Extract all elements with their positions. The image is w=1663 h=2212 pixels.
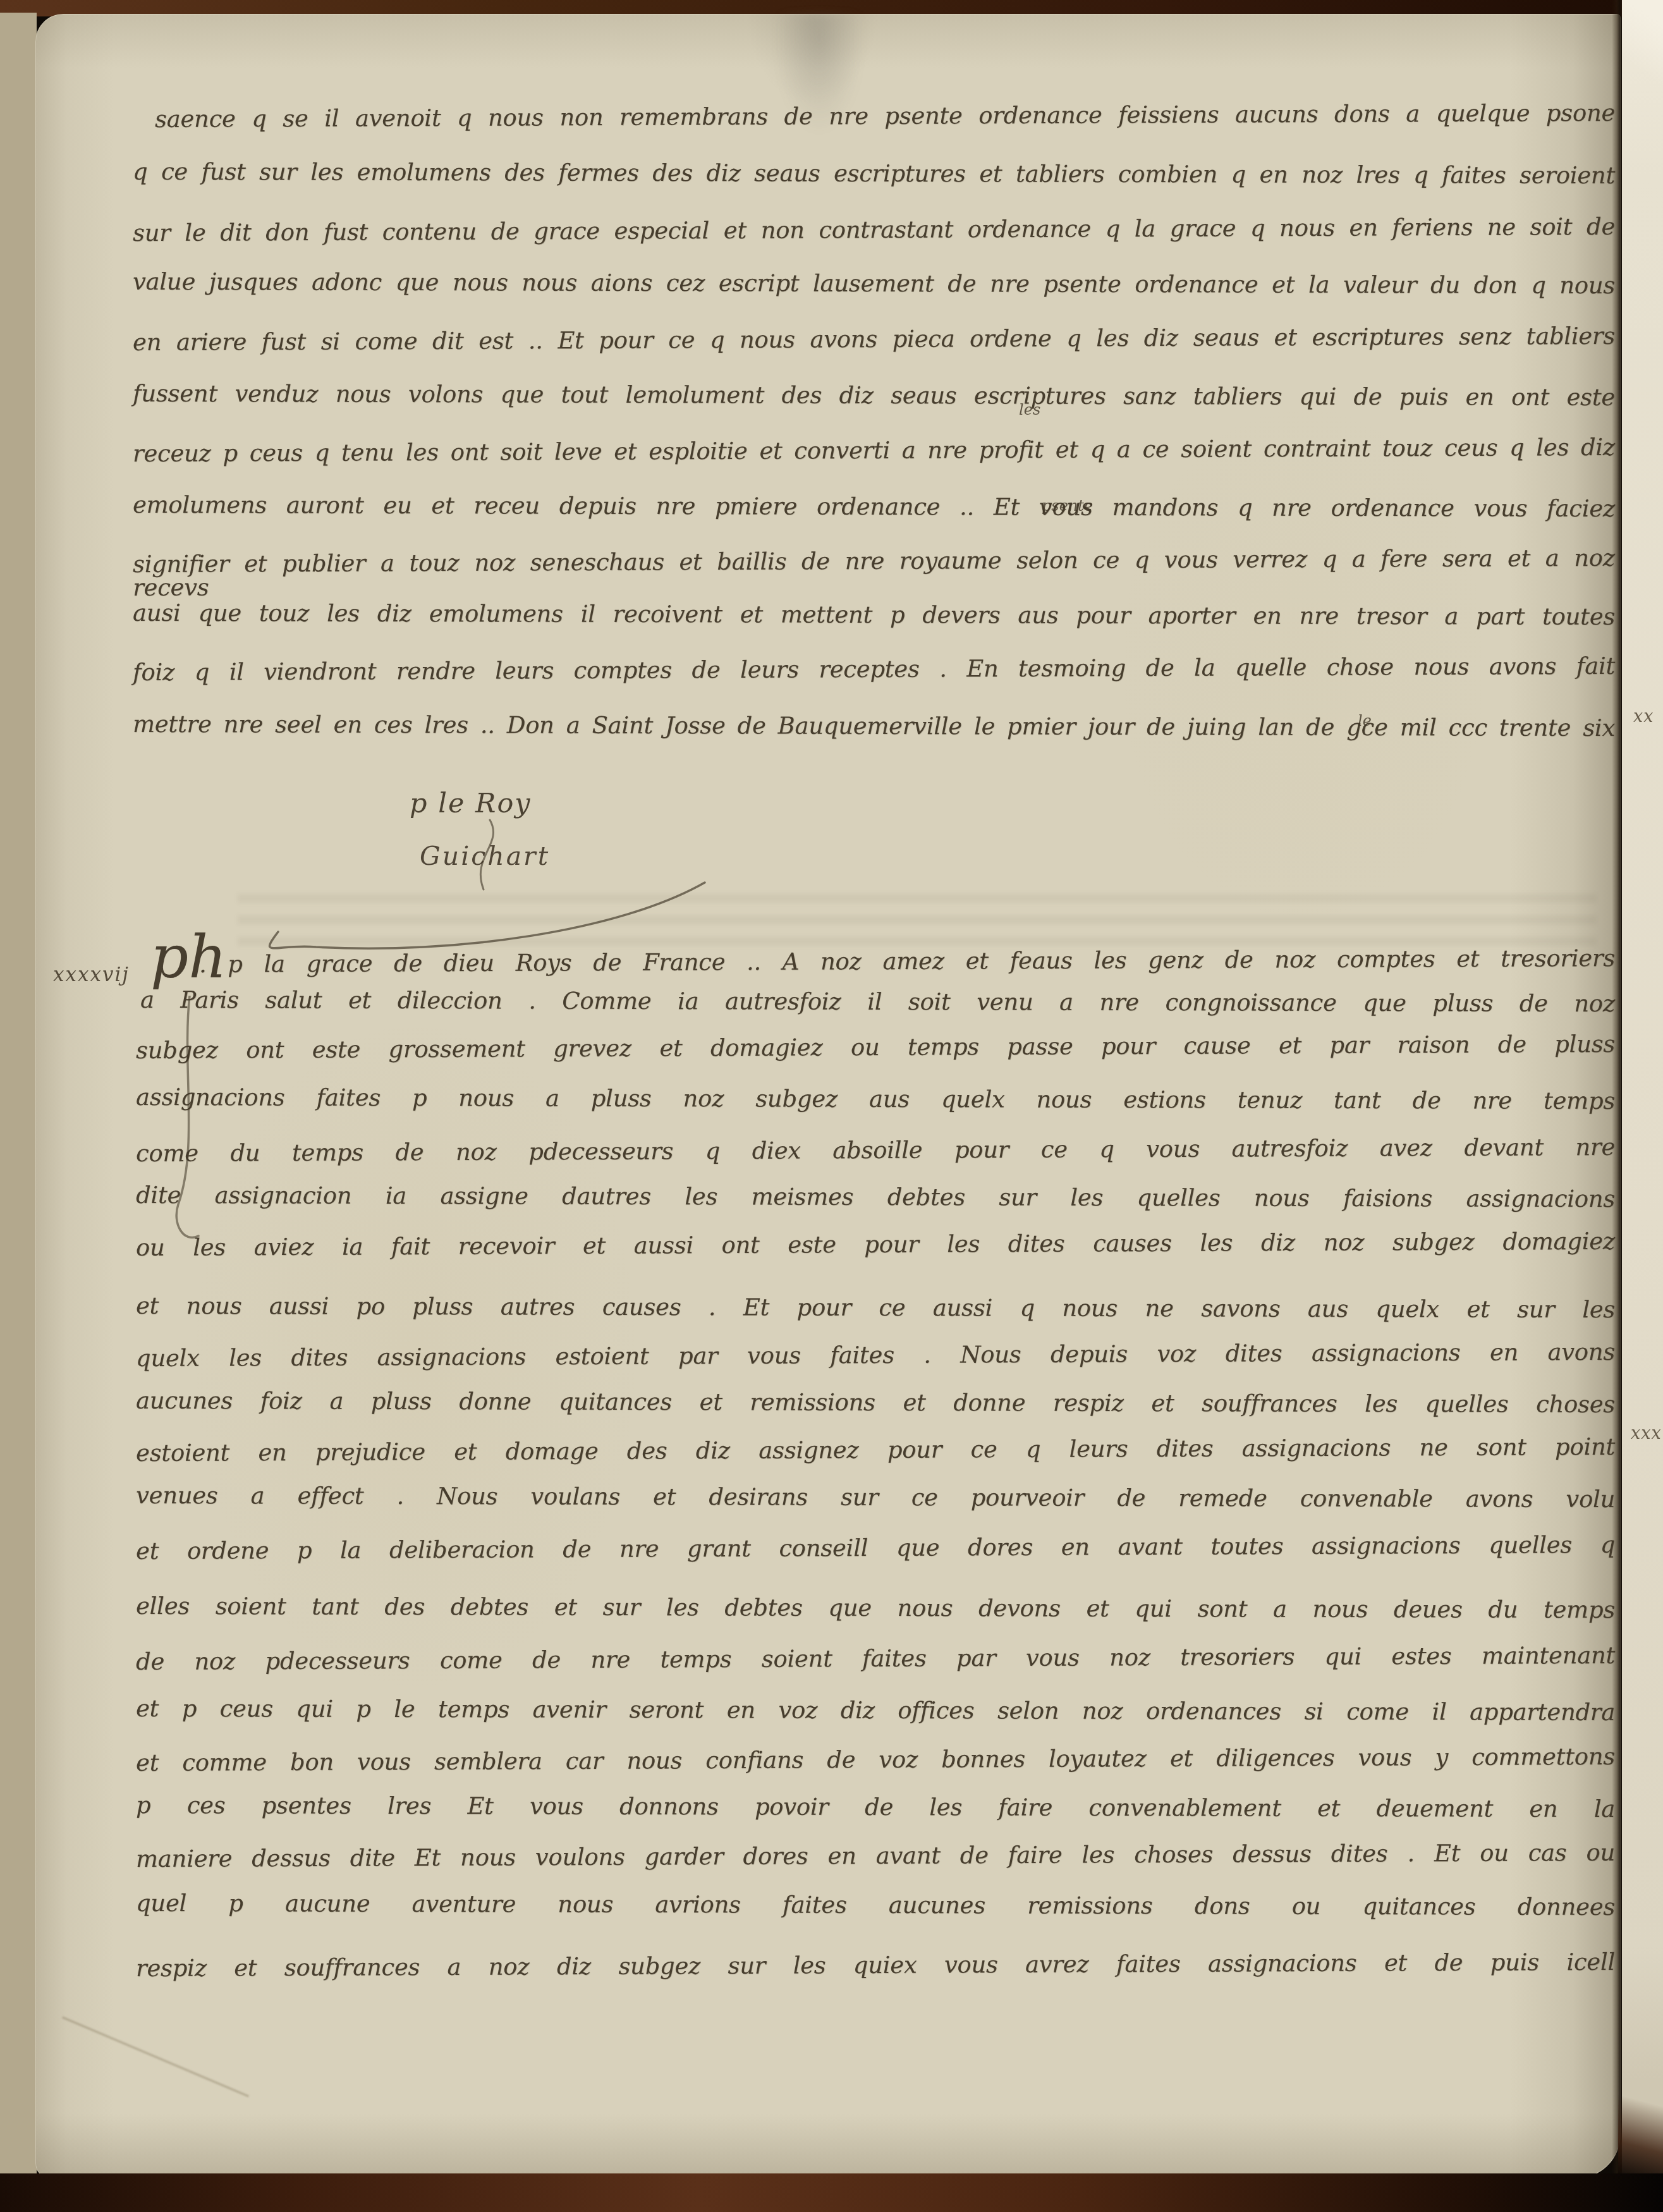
par-le-roy-note: p le Roy — [410, 788, 532, 819]
manuscript-line: receuz p ceus q tenu les ont soit leve e… — [133, 436, 1615, 465]
parchment-crease — [62, 2017, 249, 2098]
manuscript-line: . p la grace de dieu Roys de France .. A… — [199, 946, 1615, 976]
next-page-edge — [1622, 0, 1663, 2212]
manuscript-line: venues a effect . Nous voulans et desira… — [136, 1484, 1615, 1511]
interlinear-word: le — [1358, 712, 1372, 730]
margin-item-number: xxxxvij — [53, 963, 130, 986]
manuscript-line: et comme bon vous semblera car nous conf… — [136, 1745, 1615, 1775]
manuscript-line: ausi que touz les diz emolumens il recoi… — [133, 601, 1615, 628]
manuscript-line: emolumens auront eu et receu depuis nre … — [133, 493, 1615, 520]
manuscript-line: q ce fust sur les emolumens des fermes d… — [133, 160, 1615, 187]
manuscript-line: en ariere fust si come dit est .. Et pou… — [133, 324, 1615, 354]
manuscript-line: quelx les dites assignacions estoient pa… — [136, 1340, 1615, 1370]
manuscript-line: p ces psentes lres Et vous donnons povoi… — [136, 1793, 1615, 1821]
manuscript-line: respiz et souffrances a noz diz subgez s… — [136, 1950, 1615, 1980]
manuscript-line: dite assignacion ia assigne dautres les … — [136, 1183, 1615, 1211]
manuscript-line: ou les aviez ia fait recevoir et aussi o… — [136, 1230, 1615, 1259]
manuscript-line: sur le dit don fust contenu de grace esp… — [133, 215, 1615, 245]
manuscript-line: value jusques adonc que nous nous aions … — [133, 270, 1615, 297]
manuscript-line: et nous aussi po pluss autres causes . E… — [136, 1294, 1615, 1321]
manuscript-line: et ordene p la deliberacion de nre grant… — [136, 1533, 1615, 1563]
notary-signature-guichart: Guichart — [420, 841, 550, 871]
manuscript-line: elles soient tant des debtes et sur les … — [136, 1594, 1615, 1622]
manuscript-line: maniere dessus dite Et nous voulons gard… — [136, 1841, 1615, 1871]
manuscript-line: subgez ont este grossement grevez et dom… — [136, 1032, 1615, 1062]
manuscript-line: et p ceus qui p le temps avenir seront e… — [136, 1697, 1615, 1724]
manuscript-line: mettre nre seel en ces lres .. Don a Sai… — [133, 712, 1615, 740]
manuscript-line: de noz pdecesseurs come de nre temps soi… — [136, 1644, 1615, 1673]
manuscript-line: come du temps de noz pdecesseurs q diex … — [136, 1135, 1615, 1165]
manuscript-line: foiz q il viendront rendre leurs comptes… — [133, 654, 1615, 684]
book-binding-bottom-edge — [0, 2173, 1663, 2212]
next-page-corner-fold — [1622, 0, 1663, 95]
interlinear-word: psente — [1042, 497, 1093, 515]
left-page-edges — [0, 13, 37, 2212]
manuscript-line: assignacions faites p nous a pluss noz s… — [136, 1085, 1615, 1113]
manuscript-line: fussent venduz nous volons que tout lemo… — [133, 382, 1615, 409]
manuscript-line: signifier et publier a touz noz senescha… — [133, 546, 1615, 599]
manuscript-line: aucunes foiz a pluss donne quitances et … — [136, 1389, 1615, 1416]
manuscript-photo: saence q se il avenoit q nous non rememb… — [0, 0, 1663, 2212]
edge-mark: xx — [1633, 707, 1654, 726]
manuscript-line: saence q se il avenoit q nous non rememb… — [155, 101, 1615, 131]
manuscript-line: estoient en prejudice et domage des diz … — [136, 1435, 1615, 1465]
edge-mark: xxx — [1631, 1424, 1662, 1443]
interlinear-word: les — [1019, 401, 1040, 419]
manuscript-line: quel p aucune aventure nous avrions fait… — [136, 1891, 1615, 1919]
manuscript-line: a Paris salut et dileccion . Comme ia au… — [140, 988, 1615, 1015]
